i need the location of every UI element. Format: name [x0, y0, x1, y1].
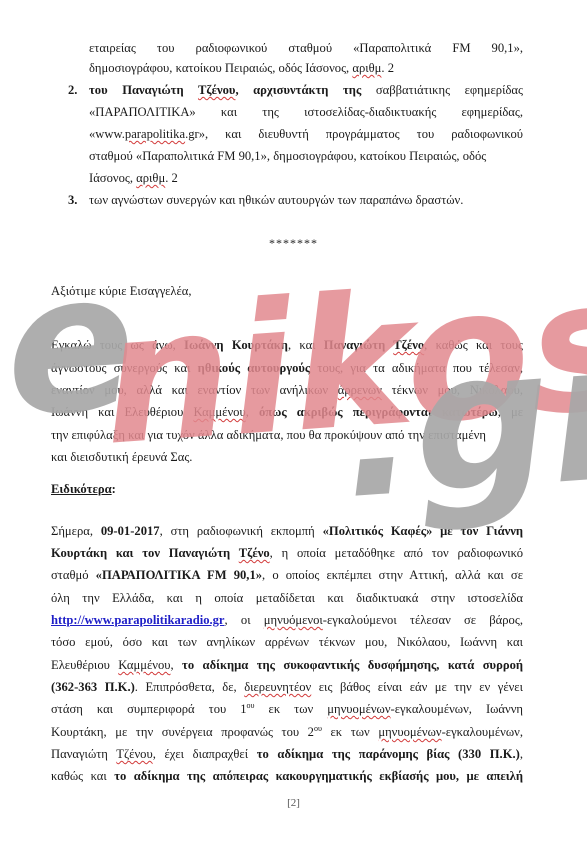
text: , αρχισυντάκτη της	[235, 83, 361, 97]
spell-error: μηνυομένων	[327, 702, 390, 716]
text: -εγκαλούμενοι τέλεσαν σε βάρος,	[323, 613, 523, 627]
list-item-2-line3: «www.parapolitika.gr», και διευθυντή προ…	[89, 126, 523, 142]
para1-line4: Ιωάννη και Ελευθέριου Καμμένου, όπως ακρ…	[51, 404, 523, 420]
word: του	[157, 41, 175, 55]
text: (362-363 Π.Κ.)	[51, 680, 135, 694]
word: FM	[452, 41, 470, 55]
para2-line8: (362-363 Π.Κ.). Επιπρόσθετα, δε, διερευν…	[51, 679, 523, 695]
para2-line3: σταθμό «ΠΑΡΑΠΟΛΙΤΙΚΑ FM 90,1», ο οποίος …	[51, 567, 523, 583]
separator-stars: *******	[0, 236, 587, 251]
text: Κουρτάκη, με την συνέργεια προφανώς του …	[51, 725, 314, 739]
para2-line7: Ελευθέριου Καμμένου, το αδίκημα της συκο…	[51, 657, 523, 673]
para2-line12: καθώς και το αδίκημα της απόπειρας κακου…	[51, 768, 523, 784]
spell-error: μηνυόμενοι	[264, 613, 323, 627]
para2-line5: http://www.parapolitikaradio.gr, οι μηνυ…	[51, 612, 523, 628]
para1-line6: και διεισδυτική έρευνά Σας.	[51, 449, 192, 465]
section-heading: Ειδικότερα:	[51, 481, 116, 497]
text: Εγκαλώ τους ως άνω,	[51, 338, 184, 352]
text: Ιάσονος,	[89, 171, 136, 185]
text: Ιωάννη και Ελευθέριου	[51, 405, 193, 419]
date: 09-01-2017	[101, 524, 160, 538]
list-item-2-line5: Ιάσονος, αριθμ. 2	[89, 170, 178, 186]
text: , στη ραδιοφωνική εκπομπή	[160, 524, 323, 538]
para1-line5: την επιφύλαξη και για τυχόν άλλα αδικήμα…	[51, 427, 486, 443]
text: Σήμερα,	[51, 524, 101, 538]
text: :	[112, 482, 116, 496]
website-link[interactable]: http://www.parapolitikaradio.gr	[51, 613, 225, 627]
para2-line4: όλη την Ελλάδα, και η οποία μεταδίδεται …	[51, 590, 523, 606]
text: ,	[520, 747, 523, 761]
text: το αδίκημα της συκοφαντικής δυσφήμησης, …	[182, 658, 523, 672]
text: -εγκαλουμένων,	[442, 725, 523, 739]
word: 90,1»,	[492, 41, 523, 55]
list-number-2: 2.	[68, 82, 77, 98]
text: δημοσιογράφου, κατοίκου Πειραιώς, οδός Ι…	[89, 61, 352, 75]
text: Ελευθέριου	[51, 658, 118, 672]
text: το αδίκημα της απόπειρας κακουργηματικής…	[114, 769, 523, 783]
word: εταιρείας	[89, 41, 136, 55]
text: εκ των	[322, 725, 378, 739]
heading-text: Ειδικότερα	[51, 482, 112, 496]
list-number-3: 3.	[68, 192, 77, 208]
para2-line11: Παναγιώτη Τζένου, έχει διαπραχθεί το αδί…	[51, 746, 523, 762]
spell-error: parapolitika	[125, 127, 185, 141]
text: τους, για τα αδικήματα που τέλεσαν,	[310, 361, 523, 375]
spell-error: Τζένου	[198, 83, 235, 97]
text: του Παναγιώτη	[89, 83, 198, 97]
text: ,	[171, 658, 183, 672]
list-item-2-line4: σταθμού «Παραπολιτικά FM 90,1», δημοσιογ…	[89, 148, 486, 164]
text: ηθικούς αυτουργούς	[198, 361, 311, 375]
text: «www.	[89, 127, 125, 141]
text: , καθώς και τους	[424, 338, 523, 352]
text: τέκνων μου, Νικόλαου,	[382, 383, 523, 397]
text: στάση και συμπεριφορά του 1	[51, 702, 247, 716]
watermark-gr: .gr	[335, 299, 587, 541]
text: . 2	[381, 61, 394, 75]
para1-line1: Εγκαλώ τους ως άνω, Ιωάννη Κουρτάκη, και…	[51, 337, 523, 353]
list-item-3-text: των αγνώστων συνεργών και ηθικών αυτουργ…	[89, 192, 463, 208]
salutation: Αξιότιμε κύριε Εισαγγελέα,	[51, 283, 192, 299]
spell-error: Τζένου	[116, 747, 152, 761]
spell-error: Τζένο	[239, 546, 270, 560]
text: Παναγιώτη	[51, 747, 116, 761]
spell-error: Καμμένου	[193, 405, 245, 419]
para2-line1: Σήμερα, 09-01-2017, στη ραδιοφωνική εκπο…	[51, 523, 523, 539]
text: εκ των	[255, 702, 328, 716]
text: εις βάθος είναι εάν με την εν γένει	[311, 680, 523, 694]
text: , και	[288, 338, 324, 352]
text: . 2	[165, 171, 178, 185]
spell-error: διερευνητέον	[244, 680, 311, 694]
text: το αδίκημα της παράνομης βίας (330 Π.Κ.)	[257, 747, 520, 761]
list-item-2-line1: του Παναγιώτη Τζένου, αρχισυντάκτη της σ…	[89, 82, 523, 98]
para1-line3: εναντίον μου, αλλά και εναντίον των ανήλ…	[51, 382, 523, 398]
text: «Πολιτικός Καφές» με τον Γιάννη	[323, 524, 523, 538]
text: , με	[498, 405, 523, 419]
text: , έχει διαπραχθεί	[153, 747, 257, 761]
para2-line10: Κουρτάκη, με την συνέργεια προφανώς του …	[51, 724, 523, 740]
document-page: εταιρείας του ραδιοφωνικού σταθμού «Παρα…	[0, 0, 587, 847]
text: . Επιπρόσθετα, δε,	[135, 680, 244, 694]
text: Παναγιώτη	[324, 338, 393, 352]
page-number: [2]	[0, 797, 587, 809]
text: -εγκαλουμένων, Ιωάννη	[391, 702, 523, 716]
text: ,	[246, 405, 259, 419]
spell-error: Καμμένου	[118, 658, 170, 672]
text: άγνωστους συνεργούς και	[51, 361, 198, 375]
text: , ο οποίος εκπέμπει στην Αττική, αλλά κα…	[262, 568, 523, 582]
text: καθώς και	[51, 769, 114, 783]
list-item-2-line2: «ΠΑΡΑΠΟΛΙΤΙΚΑ» και της ιστοσελίδας-διαδι…	[89, 104, 523, 120]
word: «Παραπολιτικά	[353, 41, 431, 55]
text: σαββατιάτικης εφημερίδας	[361, 83, 523, 97]
spell-error: άρρενων	[338, 383, 382, 397]
text: , η οποία μεταδόθηκε από τον ραδιοφωνικό	[270, 546, 523, 560]
superscript: ου	[314, 724, 322, 733]
text: Κουρτάκη και τον Παναγιώτη	[51, 546, 239, 560]
para2-line6: τόσο εμού, όσο και των ανηλίκων αρρένων …	[51, 634, 523, 650]
text: , οι	[225, 613, 264, 627]
para1-line2: άγνωστους συνεργούς και ηθικούς αυτουργο…	[51, 360, 523, 376]
spell-error: μηνυομένων	[378, 725, 441, 739]
para2-line2: Κουρτάκη και τον Παναγιώτη Τζένο, η οποί…	[51, 545, 523, 561]
text: εναντίον μου, αλλά και εναντίον των ανήλ…	[51, 383, 338, 397]
spell-error: αριθμ	[136, 171, 165, 185]
word: ραδιοφωνικού	[196, 41, 268, 55]
text: σταθμό	[51, 568, 96, 582]
spell-error: αριθμ	[352, 61, 381, 75]
list-continuation-line2: δημοσιογράφου, κατοίκου Πειραιώς, οδός Ι…	[89, 60, 394, 76]
text: Ιωάννη Κουρτάκη	[184, 338, 288, 352]
word: σταθμού	[288, 41, 332, 55]
superscript: ου	[247, 701, 255, 710]
text: όπως ακριβώς περιγράφονται κατωτέρω	[259, 405, 498, 419]
text: .gr», και διευθυντή προγράμματος του ραδ…	[185, 127, 523, 141]
list-continuation-line1: εταιρείας του ραδιοφωνικού σταθμού «Παρα…	[89, 40, 523, 56]
spell-error: Τζένο	[393, 338, 424, 352]
text: «ΠΑΡΑΠΟΛΙΤΙΚΑ FM 90,1»	[96, 568, 262, 582]
para2-line9: στάση και συμπεριφορά του 1ου εκ των μην…	[51, 701, 523, 717]
